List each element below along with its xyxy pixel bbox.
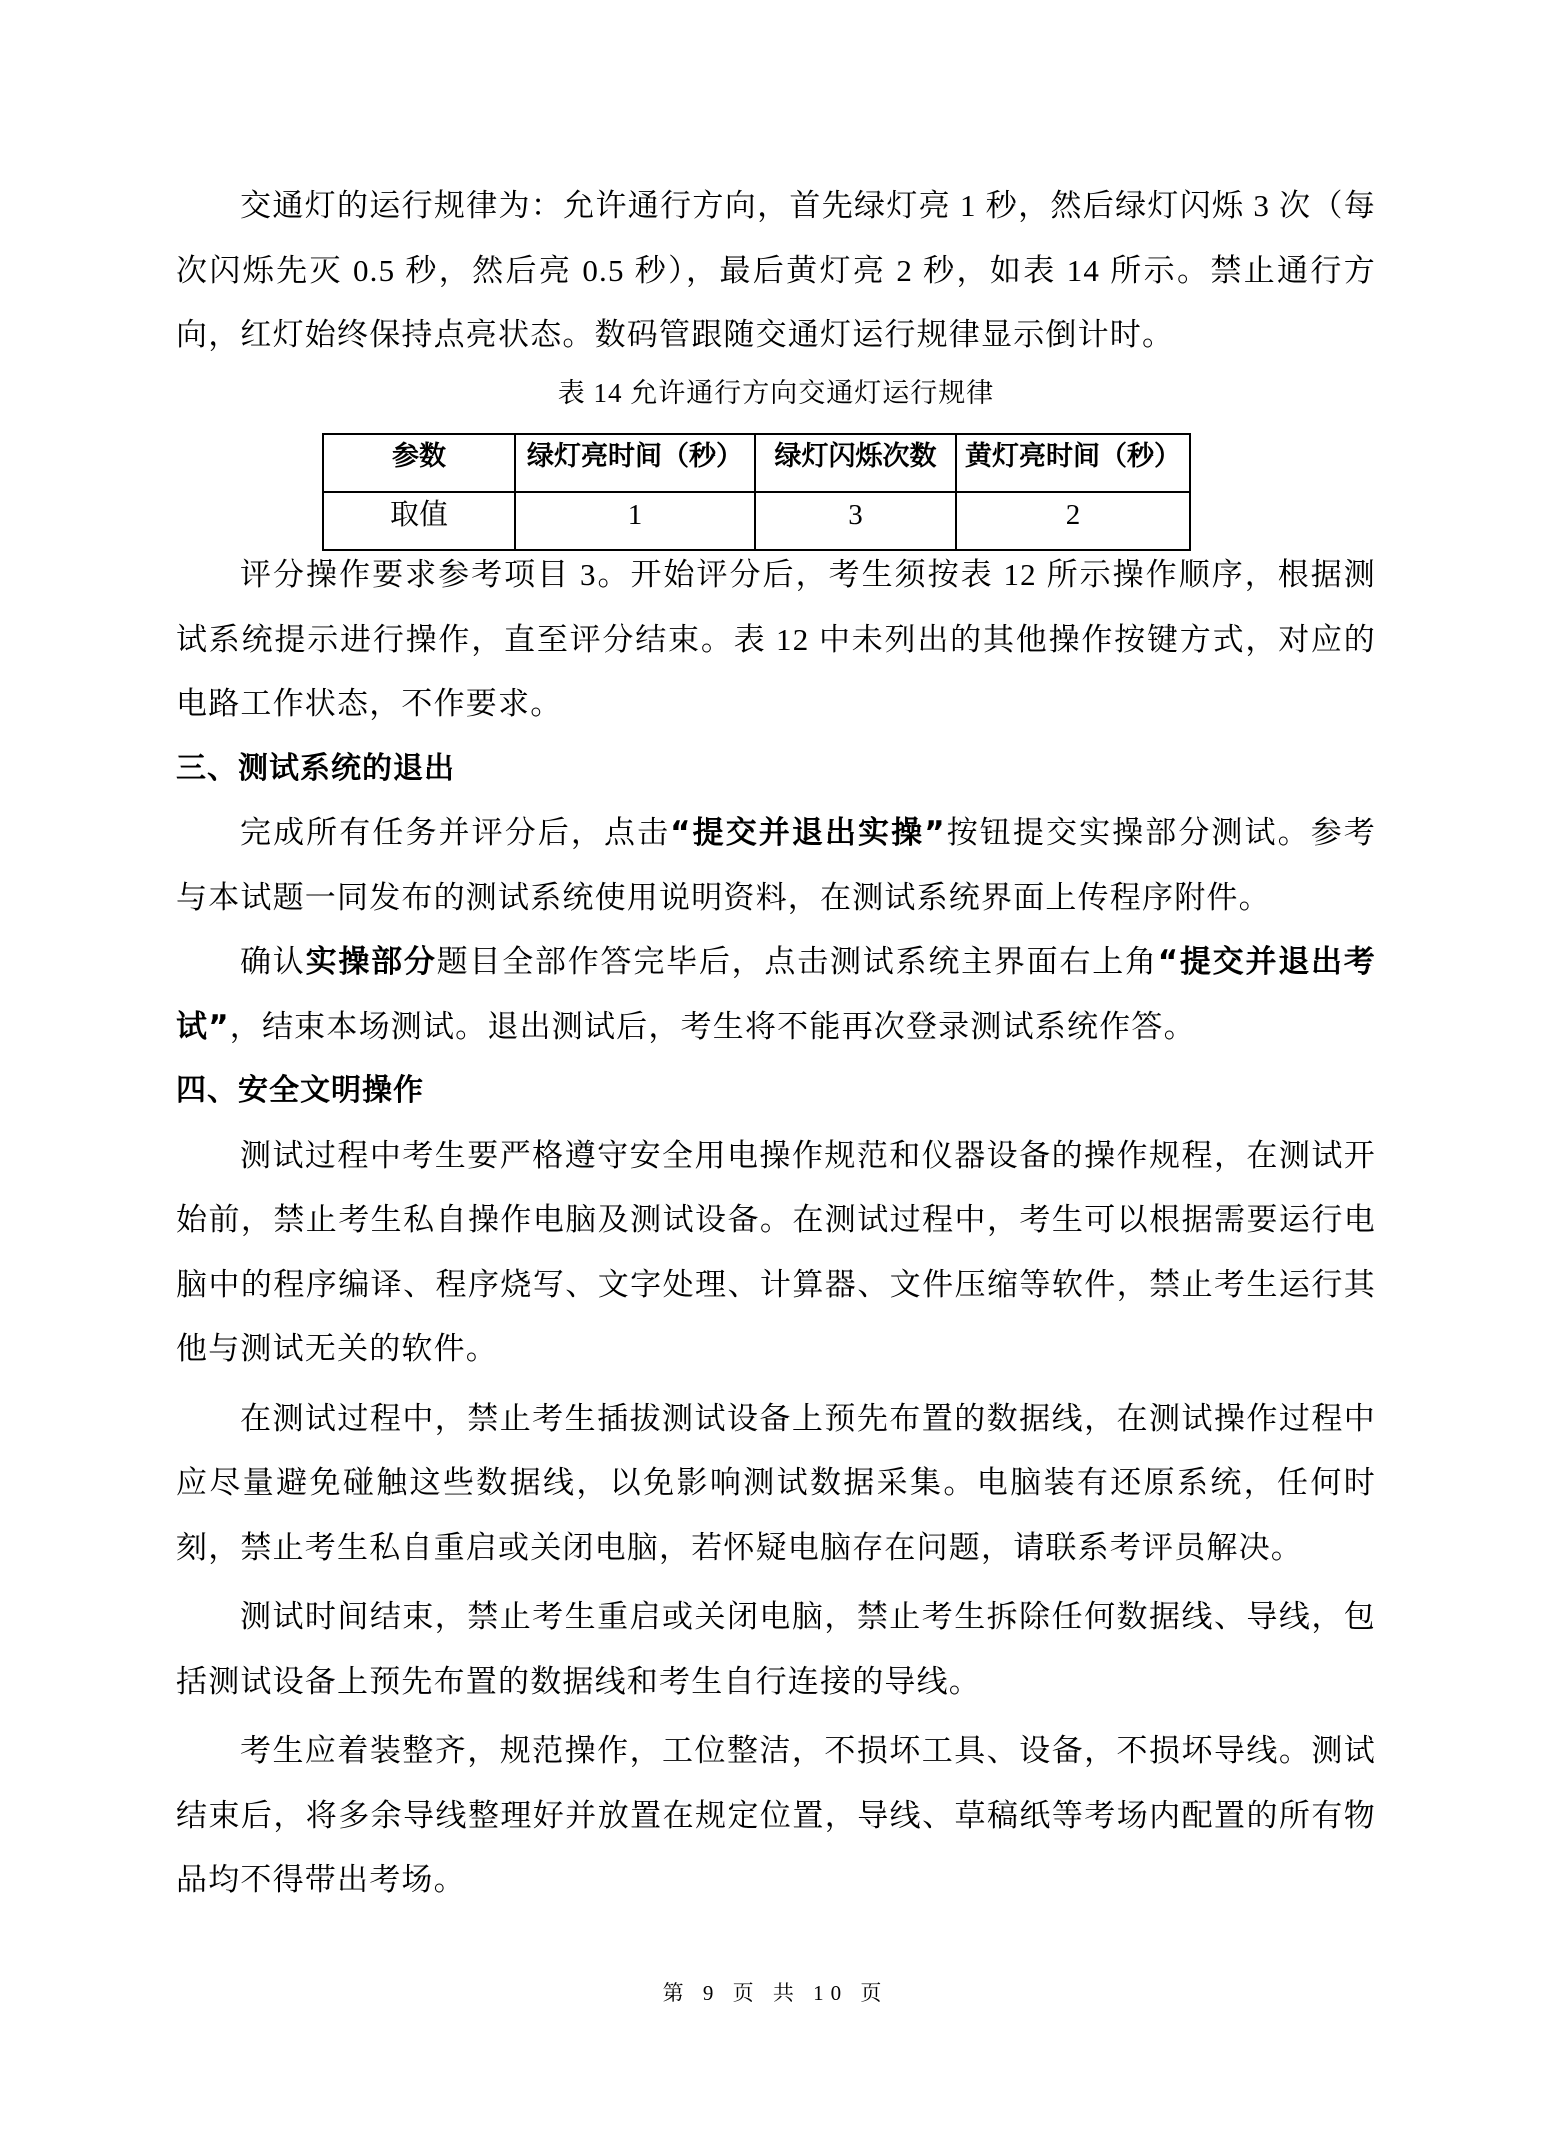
section4-paragraph: 测试过程中考生要严格遵守安全用电操作规范和仪器设备的操作规程，在测试开始前，禁止… [176,1124,1376,1382]
intro-section: 交通灯的运行规律为：允许通行方向，首先绿灯亮 1 秒，然后绿灯闪烁 3 次（每次… [176,174,1376,368]
text-span: 题目全部作答完毕后，点击测试系统主界面右上角 [437,944,1158,979]
table-header-cell: 绿灯亮时间（秒） [515,434,755,492]
table-header-row: 参数 绿灯亮时间（秒） 绿灯闪烁次数 黄灯亮时间（秒） [323,434,1190,492]
section4-paragraph: 在测试过程中，禁止考生插拔测试设备上预先布置的数据线，在测试操作过程中应尽量避免… [176,1387,1376,1581]
table14-caption-wrap: 表 14 允许通行方向交通灯运行规律 [176,373,1376,413]
section4-heading: 四、安全文明操作 [176,1059,1376,1124]
table-header-cell: 黄灯亮时间（秒） [956,434,1190,492]
section3-paragraph-2: 确认实操部分题目全部作答完毕后，点击测试系统主界面右上角“提交并退出考试”，结束… [176,930,1376,1059]
section3-heading: 三、测试系统的退出 [176,737,1376,802]
text-span: 确认 [240,944,306,979]
traffic-light-rule-table: 参数 绿灯亮时间（秒） 绿灯闪烁次数 黄灯亮时间（秒） 取值 1 3 2 [322,433,1191,551]
table-cell: 2 [956,492,1190,550]
section3-paragraph-1: 完成所有任务并评分后，点击“提交并退出实操”按钮提交实操部分测试。参考与本试题一… [176,801,1376,930]
table-cell: 3 [755,492,956,550]
submit-exit-practical-emphasis: “提交并退出实操” [670,815,946,851]
body-flow: 评分操作要求参考项目 3。开始评分后，考生须按表 12 所示操作顺序，根据测试系… [176,543,1376,1913]
table-cell: 取值 [323,492,515,550]
text-span: 完成所有任务并评分后，点击 [240,815,670,850]
intro-paragraph: 交通灯的运行规律为：允许通行方向，首先绿灯亮 1 秒，然后绿灯闪烁 3 次（每次… [176,174,1376,368]
practical-part-emphasis: 实操部分 [306,944,437,980]
table-caption: 表 14 允许通行方向交通灯运行规律 [176,373,1376,413]
page-number-footer: 第 9 页 共 10 页 [0,1978,1551,2008]
table-header-cell: 绿灯闪烁次数 [755,434,956,492]
text-span: ，结束本场测试。退出测试后，考生将不能再次登录测试系统作答。 [230,1009,1196,1044]
table-row: 取值 1 3 2 [323,492,1190,550]
table-cell: 1 [515,492,755,550]
section4-paragraph: 测试时间结束，禁止考生重启或关闭电脑，禁止考生拆除任何数据线、导线，包括测试设备… [176,1585,1376,1714]
scoring-paragraph: 评分操作要求参考项目 3。开始评分后，考生须按表 12 所示操作顺序，根据测试系… [176,543,1376,737]
table-header-cell: 参数 [323,434,515,492]
section4-paragraph: 考生应着装整齐，规范操作，工位整洁，不损坏工具、设备，不损坏导线。测试结束后，将… [176,1719,1376,1913]
